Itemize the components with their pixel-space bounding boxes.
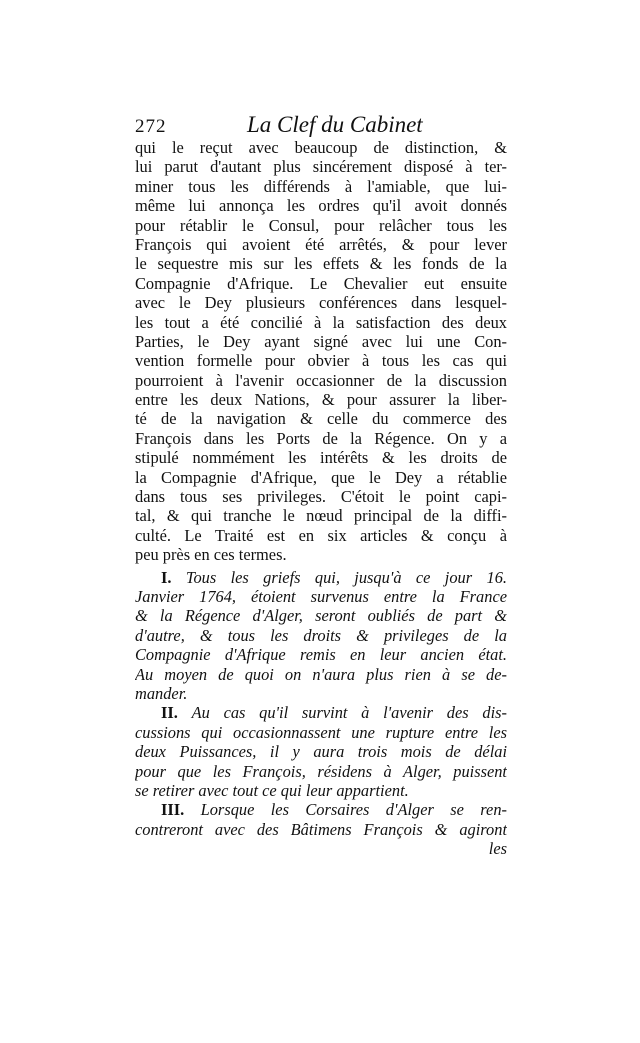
text-line: peu près en ces termes. [135, 545, 507, 564]
article-first-line: III. Lorsque les Corsaires d'Alger se re… [135, 800, 507, 819]
text-line: d'autre, & tous les droits & privileges … [135, 626, 507, 645]
article-2: II. Au cas qu'il survint à l'avenir des … [135, 703, 507, 800]
article-first-line: II. Au cas qu'il survint à l'avenir des … [135, 703, 507, 722]
page-header: 272 La Clef du Cabinet [135, 112, 507, 138]
article-text: Lorsque les Corsaires d'Alger se ren- [201, 800, 507, 819]
book-page: 272 La Clef du Cabinet qui le reçut avec… [0, 0, 640, 1043]
text-line: lui parut d'autant plus sincérement disp… [135, 157, 507, 176]
text-line: deux Puissances, il y aura trois mois de… [135, 742, 507, 761]
text-line: avec le Dey plusieurs conférences dans l… [135, 293, 507, 312]
text-line: même lui annonça les ordres qu'il avoit … [135, 196, 507, 215]
text-line: Janvier 1764, étoient survenus entre la … [135, 587, 507, 606]
article-3: III. Lorsque les Corsaires d'Alger se re… [135, 800, 507, 839]
article-numeral: II. [161, 703, 178, 722]
text-line: François dans les Ports de la Régence. O… [135, 429, 507, 448]
text-line: contreront avec des Bâtimens François & … [135, 820, 507, 839]
text-line: dans tous ses privileges. C'étoit le poi… [135, 487, 507, 506]
text-line: les tout a été concilié à la satisfactio… [135, 313, 507, 332]
text-line: François qui avoient été arrêtés, & pour… [135, 235, 507, 254]
text-line: & la Régence d'Alger, seront oubliés de … [135, 606, 507, 625]
text-line: pourroient à l'avenir occasionner de la … [135, 371, 507, 390]
article-first-line: I. Tous les griefs qui, jusqu'à ce jour … [135, 568, 507, 587]
text-line: culté. Le Traité est en six articles & c… [135, 526, 507, 545]
text-line: le sequestre mis sur les effets & les fo… [135, 254, 507, 273]
text-line: se retirer avec tout ce qui leur apparti… [135, 781, 507, 800]
text-line: Parties, le Dey ayant signé avec lui une… [135, 332, 507, 351]
text-line: la Compagnie d'Afrique, que le Dey a rét… [135, 468, 507, 487]
article-text: Au cas qu'il survint à l'avenir des dis- [192, 703, 507, 722]
text-line: entre les deux Nations, & pour assurer l… [135, 390, 507, 409]
text-line: Au moyen de quoi on n'aura plus rien à s… [135, 665, 507, 684]
catchword: les [135, 839, 507, 858]
article-text: Tous les griefs qui, jusqu'à ce jour 16. [186, 568, 507, 587]
page-number: 272 [135, 116, 167, 138]
text-line: miner tous les différends à l'amiable, q… [135, 177, 507, 196]
narrative-paragraph: qui le reçut avec beaucoup de distinctio… [135, 138, 507, 565]
text-line: pour rétablir le Consul, pour relâcher t… [135, 216, 507, 235]
article-1: I. Tous les griefs qui, jusqu'à ce jour … [135, 568, 507, 704]
page-body: qui le reçut avec beaucoup de distinctio… [135, 138, 507, 858]
text-line: mander. [135, 684, 507, 703]
text-line: té de la navigation & celle du commerce … [135, 409, 507, 428]
text-line: Compagnie d'Afrique. Le Chevalier eut en… [135, 274, 507, 293]
running-title: La Clef du Cabinet [247, 112, 423, 138]
text-line: pour que les François, résidens à Alger,… [135, 762, 507, 781]
text-line: stipulé nommément les intérêts & les dro… [135, 448, 507, 467]
article-numeral: III. [161, 800, 184, 819]
text-line: qui le reçut avec beaucoup de distinctio… [135, 138, 507, 157]
text-line: cussions qui occasionnassent une rupture… [135, 723, 507, 742]
text-line: Compagnie d'Afrique remis en leur ancien… [135, 645, 507, 664]
article-numeral: I. [161, 568, 171, 587]
text-line: vention formelle pour obvier à tous les … [135, 351, 507, 370]
text-line: tal, & qui tranche le nœud principal de … [135, 506, 507, 525]
